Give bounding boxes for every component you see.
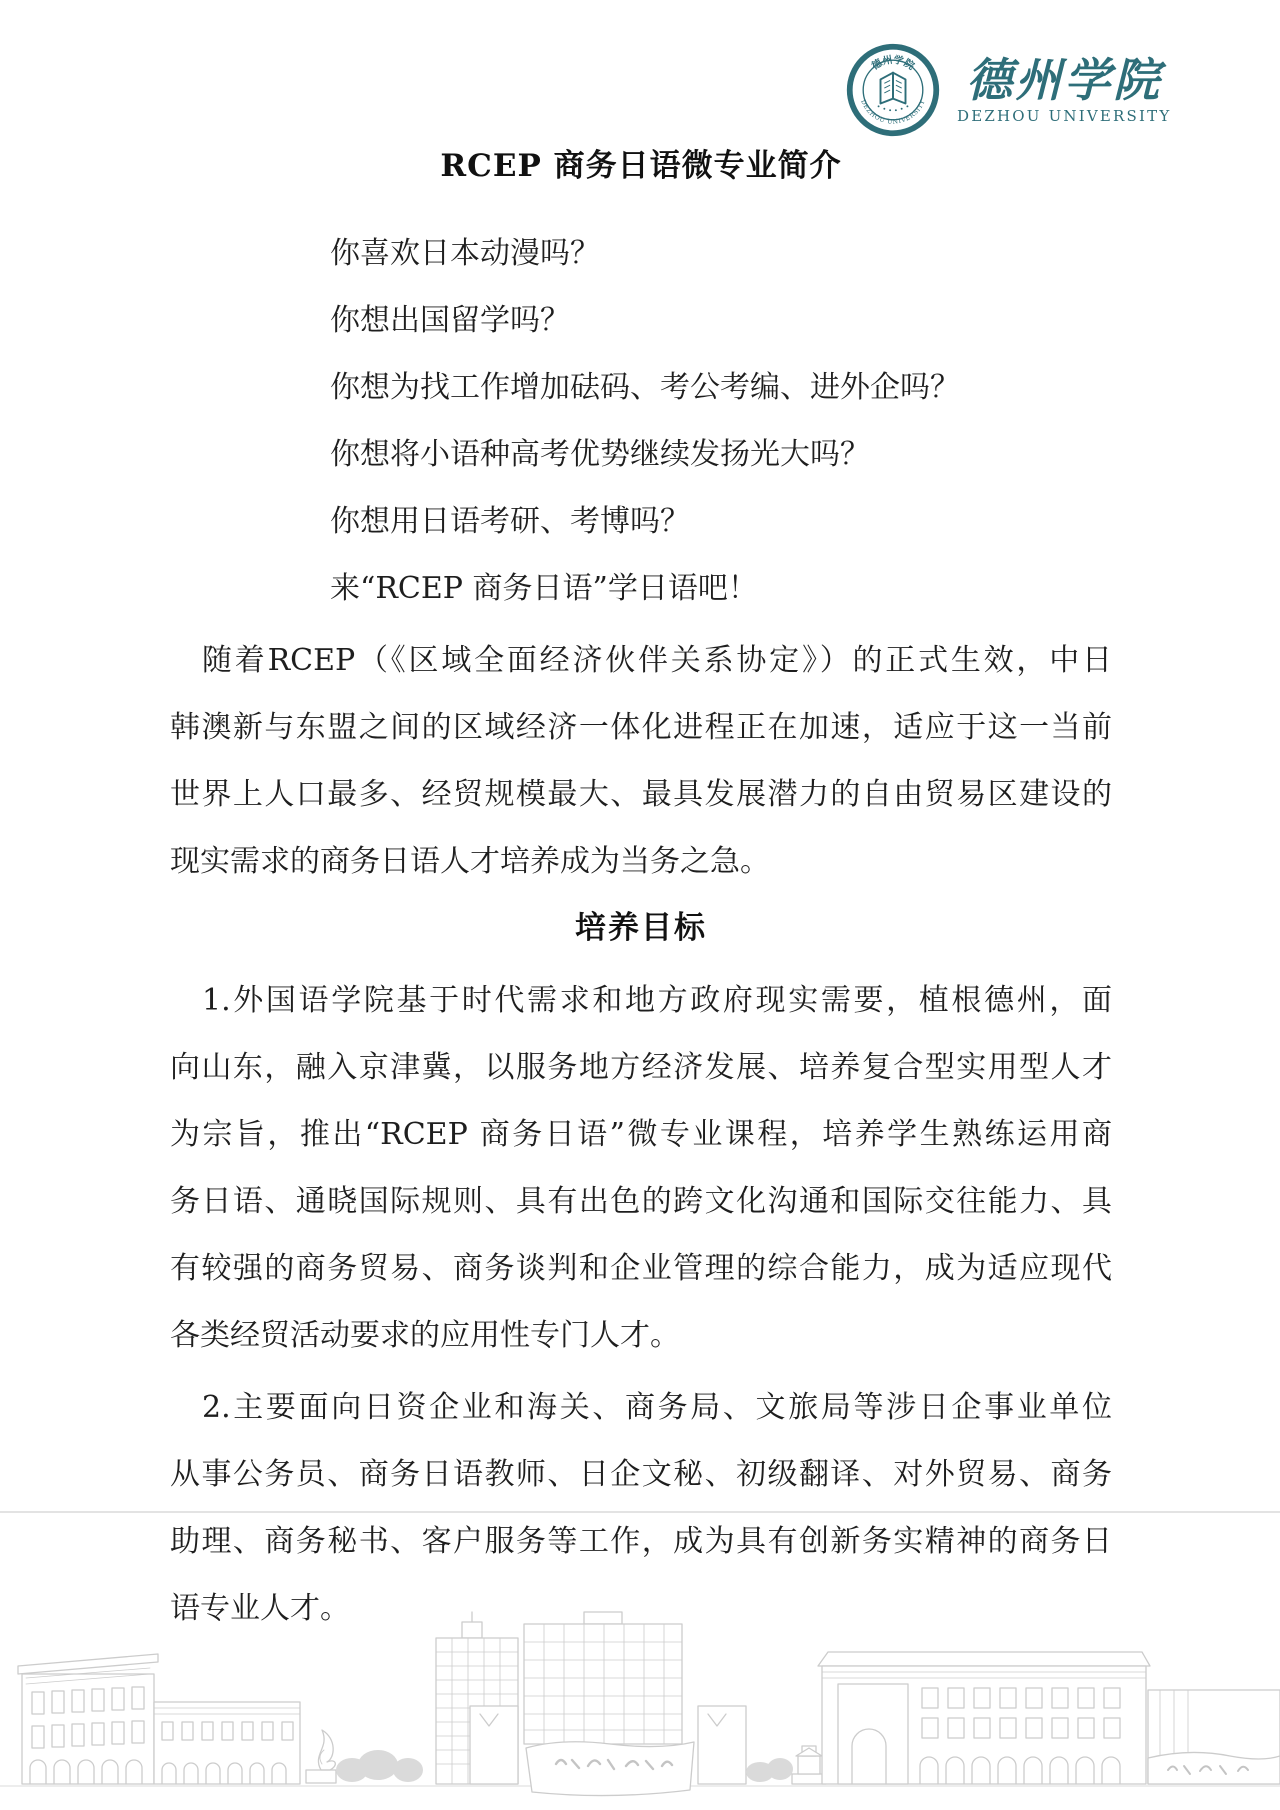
body-line: 1.外国语学院基于时代需求和地方政府现实需要，植根德州，面 [170, 967, 1112, 1034]
question-line: 你喜欢日本动漫吗？ [170, 220, 1112, 287]
intro-paragraph: 随着RCEP（《区域全面经济伙伴关系协定》）的正式生效，中日 韩澳新与东盟之间的… [170, 627, 1112, 895]
body-line: 向山东，融入京津冀，以服务地方经济发展、培养复合型实用型人才 [170, 1034, 1112, 1101]
section-heading: 培养目标 [170, 895, 1112, 962]
body-line: 各类经贸活动要求的应用性专门人才。 [170, 1302, 1112, 1369]
page-title: RCEP 商务日语微专业简介 [170, 146, 1112, 186]
intro-questions: 你喜欢日本动漫吗？ 你想出国留学吗？ 你想为找工作增加砝码、考公考编、进外企吗？… [170, 220, 1112, 622]
body-line: 从事公务员、商务日语教师、日企文秘、初级翻译、对外贸易、商务 [170, 1441, 1112, 1508]
body-line: 2.主要面向日资企业和海关、商务局、文旅局等涉日企事业单位 [170, 1374, 1112, 1441]
goal-paragraph-2: 2.主要面向日资企业和海关、商务局、文旅局等涉日企事业单位 从事公务员、商务日语… [170, 1374, 1112, 1642]
question-line: 你想将小语种高考优势继续发扬光大吗？ [170, 421, 1112, 488]
body-line: 为宗旨，推出“RCEP 商务日语”微专业课程，培养学生熟练运用商 [170, 1101, 1112, 1168]
question-line: 你想用日语考研、考博吗？ [170, 488, 1112, 555]
goal-paragraph-1: 1.外国语学院基于时代需求和地方政府现实需要，植根德州，面 向山东，融入京津冀，… [170, 967, 1112, 1369]
campus-watermark-illustration [0, 1608, 1280, 1810]
question-line: 你想为找工作增加砝码、考公考编、进外企吗？ [170, 354, 1112, 421]
document-page: 德州学院 DEZHOU UNIVERSITY 德州学院 DEZHOU UNIVE… [0, 0, 1280, 1810]
body-line: 有较强的商务贸易、商务谈判和企业管理的综合能力，成为适应现代 [170, 1235, 1112, 1302]
question-line: 来“RCEP 商务日语”学日语吧！ [170, 555, 1112, 622]
document-body: RCEP 商务日语微专业简介 你喜欢日本动漫吗？ 你想出国留学吗？ 你想为找工作… [170, 0, 1112, 1642]
body-line: 助理、商务秘书、客户服务等工作，成为具有创新务实精神的商务日 [170, 1508, 1112, 1575]
body-line: 现实需求的商务日语人才培养成为当务之急。 [170, 828, 1112, 895]
question-line: 你想出国留学吗？ [170, 287, 1112, 354]
body-line: 韩澳新与东盟之间的区域经济一体化进程正在加速，适应于这一当前 [170, 694, 1112, 761]
body-line: 世界上人口最多、经贸规模最大、最具发展潜力的自由贸易区建设的 [170, 761, 1112, 828]
body-line: 随着RCEP（《区域全面经济伙伴关系协定》）的正式生效，中日 [170, 627, 1112, 694]
body-line: 务日语、通晓国际规则、具有出色的跨文化沟通和国际交往能力、具 [170, 1168, 1112, 1235]
